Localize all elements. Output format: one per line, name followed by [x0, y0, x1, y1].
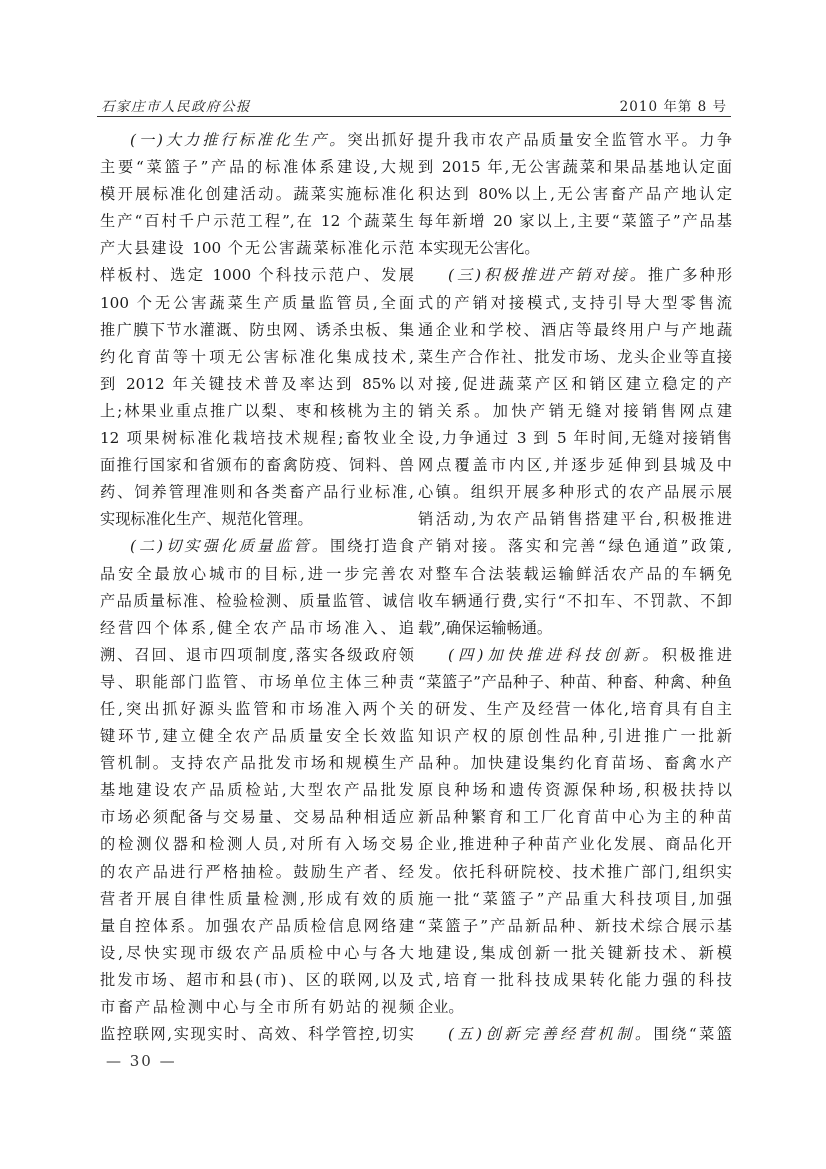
- section-heading: (四)加快推进科技创新。: [448, 646, 662, 664]
- section-heading: (一)大力推行标准化生产。: [130, 131, 347, 149]
- text-line: 提升我市农产品质量安全监管水平。力争: [418, 127, 732, 154]
- text-line: 监控联网,实现实时、高效、科学管控,切实: [100, 1021, 414, 1048]
- section-heading-line: (五)创新完善经营机制。围绕“菜篮: [418, 1021, 732, 1048]
- text-line: 本实现无公害化。: [418, 235, 732, 262]
- text-line: 经营四个体系,健全农产品市场准入、追: [100, 615, 414, 642]
- text-line: 品安全最放心城市的目标,进一步完善农: [100, 561, 414, 588]
- text-line: 知识产权的原创性品种,引进推广一批新: [418, 723, 732, 750]
- text-line: 12 项果树标准化栽培技术规程;畜牧业全: [100, 425, 414, 452]
- text-line: 产品质量标准、检验检测、质量监管、诚信: [100, 588, 414, 615]
- text-line: 的研发、生产及经营一体化,培育具有自主: [418, 696, 732, 723]
- text-line: 上;林果业重点推广以梨、枣和核桃为主的: [100, 398, 414, 425]
- text-line: 收车辆通行费,实行“不扣车、不罚款、不卸: [418, 588, 732, 615]
- text-line: 营者开展自律性质量检测,形成有效的质: [100, 886, 414, 913]
- text-line: 式的产销对接模式,支持引导大型零售流: [418, 290, 732, 317]
- section-heading: (三)积极推进产销对接。: [448, 266, 648, 284]
- section-heading: (二)切实强化质量监管。: [130, 537, 330, 555]
- section-heading: (五)创新完善经营机制。: [448, 1025, 654, 1043]
- text-line: 设,尽快实现市级农产品质检中心与各大: [100, 940, 414, 967]
- text-line: 产销对接。落实和完善“绿色通道”政策,: [418, 533, 732, 560]
- text-line: 菜生产合作社、批发市场、龙头企业等直接: [418, 344, 732, 371]
- text-line: 式,培育一批科技成果转化能力强的科技: [418, 967, 732, 994]
- text-line: 设,力争通过 3 到 5 年时间,无缝对接销售: [418, 425, 732, 452]
- text-line: 积达到 80%以上,无公害畜产品产地认定: [418, 181, 732, 208]
- text-line: 推广膜下节水灌溉、防虫网、诱杀虫板、集: [100, 317, 414, 344]
- text-line: 品种。加快建设集约化育苗场、畜禽水产: [418, 750, 732, 777]
- text-line: 批发市场、超市和县(市)、区的联网,以及: [100, 967, 414, 994]
- text-line: 导、职能部门监管、市场单位主体三种责: [100, 669, 414, 696]
- text-line: 约化育苗等十项无公害标准化集成技术,: [100, 344, 414, 371]
- text-line: 销关系。加快产销无缝对接销售网点建: [418, 398, 732, 425]
- issue-number: 2010 年第 8 号: [620, 95, 727, 115]
- left-text-column: (一)大力推行标准化生产。突出抓好主要“菜篮子”产品的标准体系建设,大规模开展标…: [100, 127, 414, 1048]
- text-line: 发。依托科研院校、技术推广部门,组织实: [418, 859, 732, 886]
- text-line: 载”,确保运输畅通。: [418, 615, 732, 642]
- text-line: 地建设,集成创新一批关键新技术、新模: [418, 940, 732, 967]
- right-text-column: 提升我市农产品质量安全监管水平。力争到 2015 年,无公害蔬菜和果品基地认定面…: [418, 127, 732, 1048]
- section-heading-line: (一)大力推行标准化生产。突出抓好: [100, 127, 414, 154]
- text-line: 任,突出抓好源头监管和市场准入两个关: [100, 696, 414, 723]
- text-line: 到 2015 年,无公害蔬菜和果品基地认定面: [418, 154, 732, 181]
- text-line: 到 2012 年关键技术普及率达到 85%以: [100, 371, 414, 398]
- text-line: 基地建设农产品质检站,大型农产品批发: [100, 777, 414, 804]
- text-line: 面推行国家和省颁布的畜禽防疫、饲料、兽: [100, 452, 414, 479]
- text-line: 的农产品进行严格抽检。鼓励生产者、经: [100, 859, 414, 886]
- text-line: 量自控体系。加强农产品质检信息网络建: [100, 913, 414, 940]
- text-line: 市场必须配备与交易量、交易品种相适应: [100, 804, 414, 831]
- text-line: 药、饲养管理准则和各类畜产品行业标准,: [100, 479, 414, 506]
- text-line: 网点覆盖市内区,并逐步延伸到县城及中: [418, 452, 732, 479]
- text-line: 溯、召回、退市四项制度,落实各级政府领: [100, 642, 414, 669]
- text-line: “菜篮子”产品种子、种苗、种畜、种禽、种鱼: [418, 669, 732, 696]
- section-heading-line: (四)加快推进科技创新。积极推进: [418, 642, 732, 669]
- text-line: 通企业和学校、酒店等最终用户与产地蔬: [418, 317, 732, 344]
- text-line: 产大县建设 100 个无公害蔬菜标准化示范: [100, 235, 414, 262]
- text-line: 心镇。组织开展多种形式的农产品展示展: [418, 479, 732, 506]
- section-heading-line: (三)积极推进产销对接。推广多种形: [418, 262, 732, 289]
- text-line: 管机制。支持农产品批发市场和规模生产: [100, 750, 414, 777]
- text-line: 对接,促进蔬菜产区和销区建立稳定的产: [418, 371, 732, 398]
- text-line: “菜篮子”产品新品种、新技术综合展示基: [418, 913, 732, 940]
- page-number: — 30 —: [106, 1052, 177, 1070]
- text-line: 对整车合法装载运输鲜活农产品的车辆免: [418, 561, 732, 588]
- text-line: 每年新增 20 家以上,主要“菜篮子”产品基: [418, 208, 732, 235]
- text-line: 销活动,为农产品销售搭建平台,积极推进: [418, 506, 732, 533]
- text-line: 的检测仪器和检测人员,对所有入场交易: [100, 831, 414, 858]
- text-line: 生产“百村千户示范工程”,在 12 个蔬菜生: [100, 208, 414, 235]
- text-line: 主要“菜篮子”产品的标准体系建设,大规: [100, 154, 414, 181]
- text-line: 样板村、选定 1000 个科技示范户、发展: [100, 262, 414, 289]
- running-header: 石家庄市人民政府公报 2010 年第 8 号: [97, 94, 731, 117]
- text-line: 企业。: [418, 994, 732, 1021]
- publication-title: 石家庄市人民政府公报: [101, 95, 251, 115]
- text-line: 原良种场和遗传资源保种场,积极扶持以: [418, 777, 732, 804]
- text-line: 施一批“菜篮子”产品重大科技项目,加强: [418, 886, 732, 913]
- text-line: 100 个无公害蔬菜生产质量监管员,全面: [100, 290, 414, 317]
- text-line: 新品种繁育和工厂化育苗中心为主的种苗: [418, 804, 732, 831]
- text-line: 实现标准化生产、规范化管理。: [100, 506, 414, 533]
- text-line: 企业,推进种子种苗产业化发展、商品化开: [418, 831, 732, 858]
- text-line: 模开展标准化创建活动。蔬菜实施标准化: [100, 181, 414, 208]
- section-heading-line: (二)切实强化质量监管。围绕打造食: [100, 533, 414, 560]
- text-line: 键环节,建立健全农产品质量安全长效监: [100, 723, 414, 750]
- text-line: 市畜产品检测中心与全市所有奶站的视频: [100, 994, 414, 1021]
